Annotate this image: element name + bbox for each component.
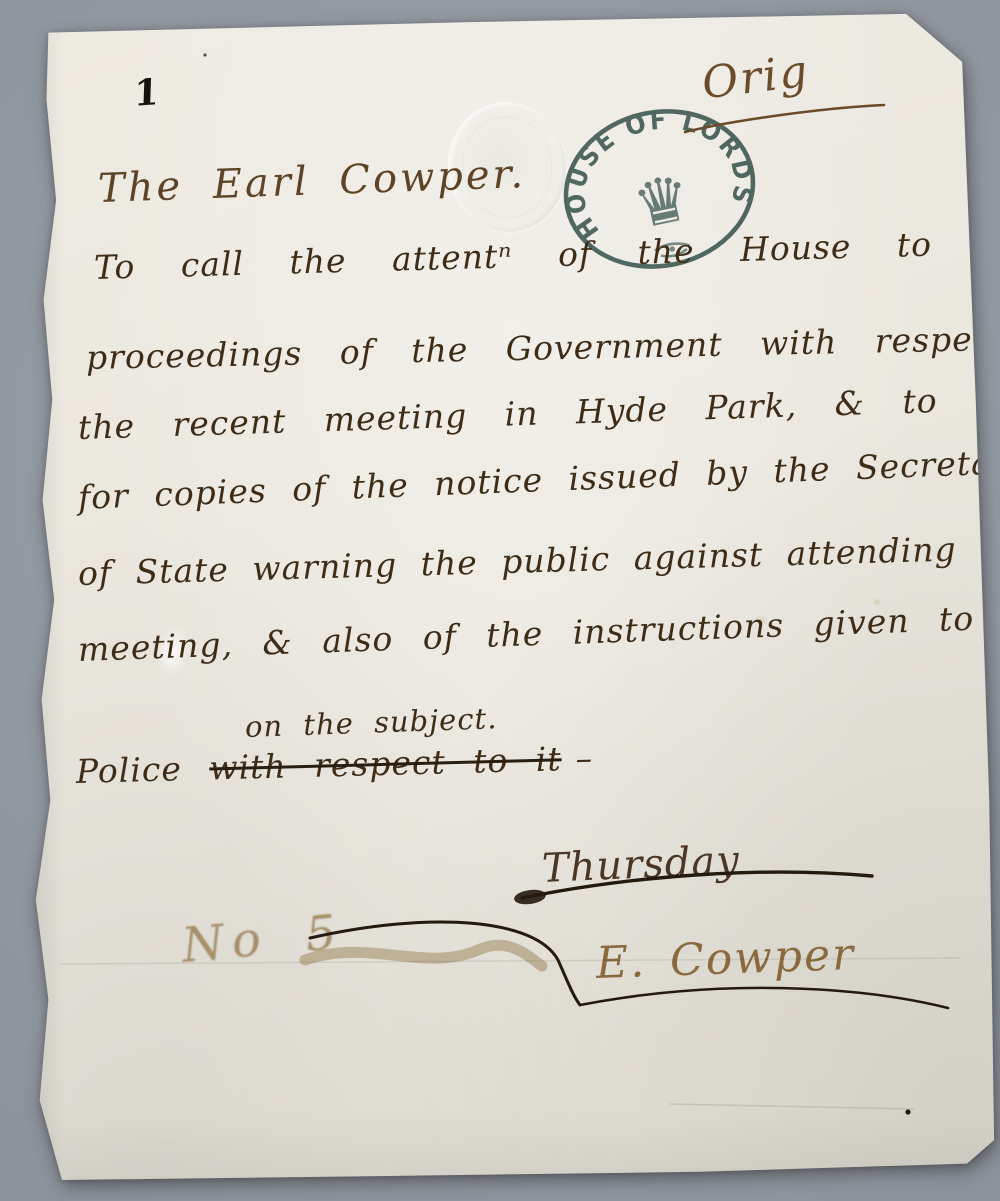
signature-strikethrough [580,988,948,1008]
police-line-prefix: Police [75,749,209,791]
motion-line: for copies of the notice issued by the S… [77,442,1000,517]
thursday-strike-blob [513,888,547,906]
struck-phrase: with respect to it [209,739,562,787]
struck-day-note: Thursday [541,837,741,892]
signature-swoosh [310,922,580,1005]
number-mark: No 5 [180,904,347,974]
document-paper: 1 Orig HOUSE OF LORDS ♛ [30,8,997,1180]
motion-line: meeting, & also of the instructions give… [77,596,1000,669]
inserted-correction-text: on the subject. [244,701,498,744]
paper-shadow-wrap: 1 Orig HOUSE OF LORDS ♛ [0,0,1000,1201]
ink-dot [905,1109,910,1114]
fold-crease [670,1104,914,1109]
motion-line: proceedings of the Government with respe… [86,317,1000,377]
photograph-background: 1 Orig HOUSE OF LORDS ♛ [0,0,1000,1201]
motion-line: of State warning the public against atte… [77,527,1000,593]
folio-number: 1 [133,71,159,115]
signature: E. Cowper [595,929,856,989]
paper-speck [203,53,206,56]
trailing-dash: – [575,738,594,777]
motion-line: the recent meeting in Hyde Park, & to mo… [77,377,1000,447]
police-line: Police with respect to it– [75,738,593,791]
motion-line: To call the attentⁿ of the House to the [93,222,1000,287]
